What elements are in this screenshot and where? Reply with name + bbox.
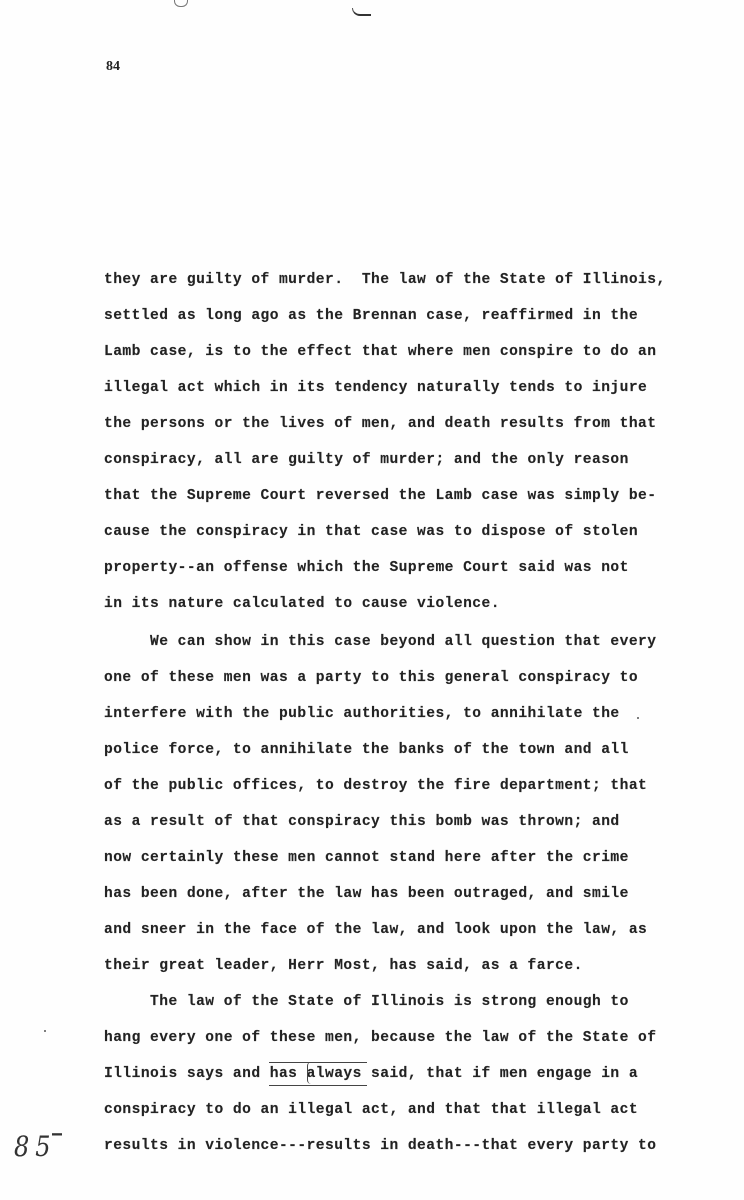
- page-number: 84: [106, 59, 120, 75]
- text-line: of the public offices, to destroy the fi…: [104, 778, 647, 794]
- text-line: the persons or the lives of men, and dea…: [104, 416, 656, 432]
- document-page: 84 they are guilty of murder. The law of…: [0, 0, 744, 1200]
- text-line: settled as long ago as the Brennan case,…: [104, 308, 638, 324]
- text-line: hang every one of these men, because the…: [104, 1030, 656, 1046]
- text-line: police force, to annihilate the banks of…: [104, 742, 629, 758]
- text-line: as a result of that conspiracy this bomb…: [104, 814, 620, 830]
- text-line: interfere with the public authorities, t…: [104, 706, 620, 722]
- text-line: Lamb case, is to the effect that where m…: [104, 344, 656, 360]
- text-line: one of these men was a party to this gen…: [104, 670, 638, 686]
- text-line: in its nature calculated to cause violen…: [104, 596, 500, 612]
- text-line: Illinois says and has always said, that …: [104, 1066, 638, 1082]
- text-line: now certainly these men cannot stand her…: [104, 850, 629, 866]
- text-line: results in violence---results in death--…: [104, 1138, 656, 1154]
- text-line: they are guilty of murder. The law of th…: [104, 272, 666, 288]
- text-line: has been done, after the law has been ou…: [104, 886, 629, 902]
- text-line: that the Supreme Court reversed the Lamb…: [104, 488, 656, 504]
- text-line: We can show in this case beyond all ques…: [104, 634, 656, 650]
- text-line: conspiracy, all are guilty of murder; an…: [104, 452, 629, 468]
- scan-artifact-mark: [352, 8, 371, 16]
- text-line: cause the conspiracy in that case was to…: [104, 524, 638, 540]
- scan-artifact-mark: [174, 0, 188, 7]
- text-line: conspiracy to do an illegal act, and tha…: [104, 1102, 638, 1118]
- text-line: property--an offense which the Supreme C…: [104, 560, 629, 576]
- scan-artifact-dot: [44, 1030, 46, 1032]
- text-line: The law of the State of Illinois is stro…: [104, 994, 629, 1010]
- text-line: and sneer in the face of the law, and lo…: [104, 922, 647, 938]
- text-line: their great leader, Herr Most, has said,…: [104, 958, 583, 974]
- scan-artifact-dot: [637, 717, 639, 719]
- text-line: illegal act which in its tendency natura…: [104, 380, 647, 396]
- handwritten-margin-note: 85: [14, 1131, 57, 1163]
